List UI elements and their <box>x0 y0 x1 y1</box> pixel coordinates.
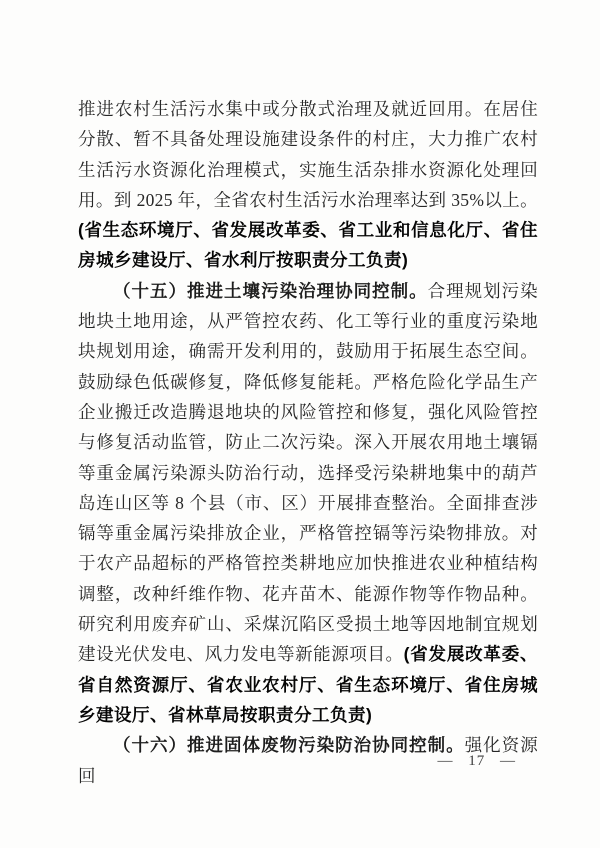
paragraph: 推进农村生活污水集中或分散式治理及就近回用。在居住分散、暂不具备处理设施建设条件… <box>78 94 538 276</box>
department-attribution: (省生态环境厅、省发展改革委、省工业和信息化厅、省住房城乡建设厅、省水利厅按职责… <box>78 220 538 270</box>
body-text-run: 推进农村生活污水集中或分散式治理及就近回用。在居住分散、暂不具备处理设施建设条件… <box>78 99 538 210</box>
page-number: — 17 — <box>438 751 517 771</box>
paragraph: （十五）推进土壤污染治理协同控制。合理规划污染地块土地用途，从严管控农药、化工等… <box>78 276 538 730</box>
section-heading-run: （十六）推进固体废物污染防治协同控制。 <box>113 735 465 755</box>
document-page: 推进农村生活污水集中或分散式治理及就近回用。在居住分散、暂不具备处理设施建设条件… <box>0 0 600 848</box>
document-body: 推进农村生活污水集中或分散式治理及就近回用。在居住分散、暂不具备处理设施建设条件… <box>78 94 538 791</box>
body-text-run: 合理规划污染地块土地用途，从严管控农药、化工等行业的重度污染地块规划用途，确需开… <box>78 281 538 665</box>
section-heading-run: （十五）推进土壤污染治理协同控制。 <box>113 281 428 301</box>
